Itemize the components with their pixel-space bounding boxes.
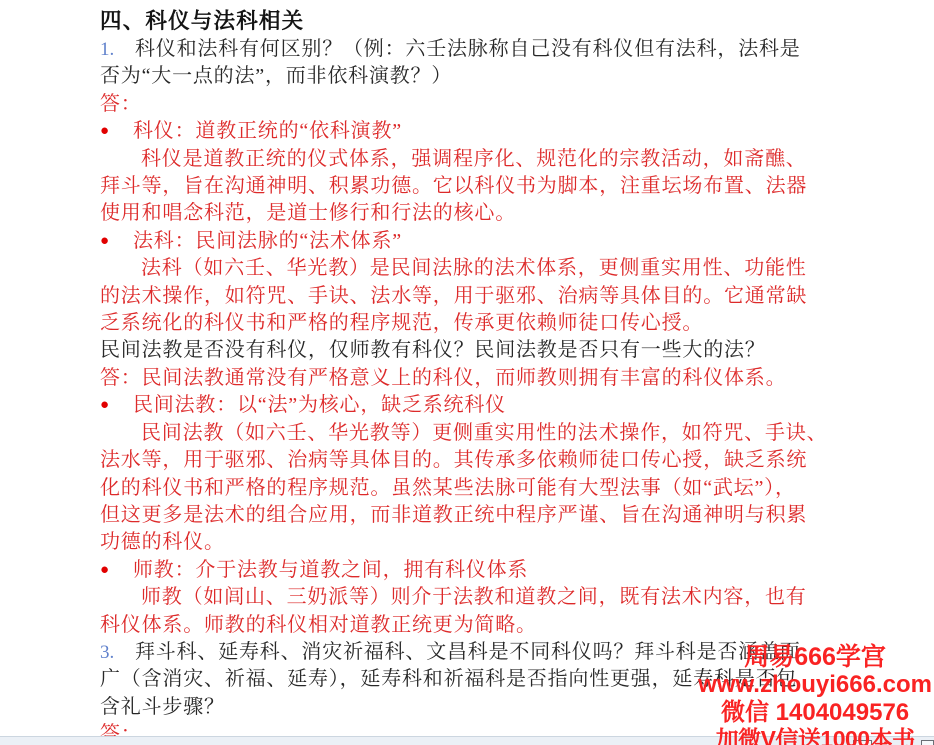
bullet-heading-text: 法科：民间法脉的“法术体系”	[133, 230, 402, 252]
text-line: 使用和唱念科范，是道士修行和行法的核心。	[100, 200, 890, 227]
text-line: 拜斗等，旨在沟通神明、积累功德。它以科仪书为脚本，注重坛场布置、法器	[100, 173, 890, 200]
bullet-line: ●民间法教：以“法”为核心，缺乏系统科仪	[100, 392, 890, 419]
text-line: 科仪体系。师教的科仪相对道教正统更为简略。	[100, 612, 890, 639]
document-page: 四、科仪与法科相关 1.科仪和法科有何区别？（例：六壬法脉称自己没有科仪但有法科…	[100, 6, 890, 745]
section-heading: 四、科仪与法科相关	[100, 6, 890, 36]
text-line: 化的科仪书和严格的程序规范。虽然某些法脉可能有大型法事（如“武坛”），	[100, 475, 890, 502]
text-line: 否为“大一点的法”，而非依科演教？）	[100, 63, 890, 90]
question-text: 民间法教是否没有科仪，仅师教有科仪？民间法教是否只有一些大的法？	[100, 337, 890, 364]
bullet-icon: ●	[100, 118, 133, 145]
answer-label: 答：	[100, 91, 890, 118]
bullet-heading-text: 师教：介于法教与道教之间，拥有科仪体系	[133, 559, 528, 581]
text-line: 乏系统化的科仪书和严格的程序规范，传承更依赖师徒口传心授。	[100, 310, 890, 337]
text-line: 法科（如六壬、华光教）是民间法脉的法术体系，更侧重实用性、功能性	[100, 255, 890, 282]
bullet-heading-text: 科仪：道教正统的“依科演教”	[133, 120, 402, 142]
watermark-promo: 加微V信送1000本书	[698, 726, 932, 745]
text-line: 民间法教（如六壬、华光教等）更侧重实用性的法术操作，如符咒、手诀、	[100, 420, 890, 447]
text-line: 法水等，用于驱邪、治病等具体目的。其传承多依赖师徒口传心授，缺乏系统	[100, 447, 890, 474]
bullet-icon: ●	[100, 228, 133, 255]
watermark-wechat: 微信 1404049576	[698, 699, 932, 726]
text-line: 功德的科仪。	[100, 529, 890, 556]
list-number: 3.	[100, 639, 135, 666]
bullet-icon: ●	[100, 392, 133, 419]
answer-text: 答：民间法教通常没有严格意义上的科仪，而师教则拥有丰富的科仪体系。	[100, 365, 890, 392]
question-text: 科仪和法科有何区别？（例：六壬法脉称自己没有科仪但有法科，法科是	[135, 38, 801, 60]
bullet-line: ●师教：介于法教与道教之间，拥有科仪体系	[100, 557, 890, 584]
text-line: 科仪是道教正统的仪式体系，强调程序化、规范化的宗教活动，如斋醮、	[100, 146, 890, 173]
watermark-url: www.zhouyi666.com	[698, 671, 932, 699]
list-number: 1.	[100, 36, 135, 63]
watermark-brand: 周易666学宫	[698, 644, 932, 671]
watermark: 周易666学宫 www.zhouyi666.com 微信 1404049576 …	[698, 644, 932, 745]
bullet-line: ●法科：民间法脉的“法术体系”	[100, 228, 890, 255]
text-line: 师教（如闾山、三奶派等）则介于法教和道教之间，既有法术内容，也有	[100, 584, 890, 611]
bullet-line: ●科仪：道教正统的“依科演教”	[100, 118, 890, 145]
bullet-heading-text: 民间法教：以“法”为核心，缺乏系统科仪	[133, 394, 506, 416]
text-line: 1.科仪和法科有何区别？（例：六壬法脉称自己没有科仪但有法科，法科是	[100, 36, 890, 63]
bullet-icon: ●	[100, 557, 133, 584]
text-line: 的法术操作，如符咒、手诀、法水等，用于驱邪、治病等具体目的。它通常缺	[100, 283, 890, 310]
text-line: 但这更多是法术的组合应用，而非道教正统中程序严谨、旨在沟通神明与积累	[100, 502, 890, 529]
